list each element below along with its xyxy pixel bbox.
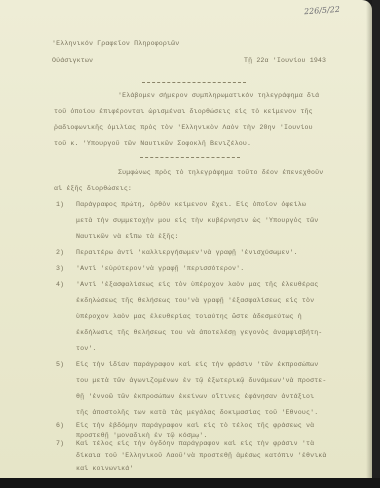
correction-line: δίκαια τοῦ 'Ελληνικοῦ Λαοῦ'νὰ προστεθῇ ἀ… <box>76 452 327 459</box>
header-city: Οὐάσιγκτων <box>52 57 93 64</box>
correction-line: καὶ κοινωνικά' <box>76 465 134 472</box>
intro-line: 'Ελάβομεν σήμερον συμπληρωματικόν τηλεγρ… <box>118 92 319 99</box>
item-number: 6) <box>56 422 64 429</box>
separator-rule <box>140 157 240 158</box>
correction-line: Εἰς τὴν ἰδίαν παράγραφον καὶ εἰς τὴν φρά… <box>76 361 318 368</box>
header-date: Τῇ 22α 'Ιουνίου 1943 <box>244 57 326 64</box>
lead-line: αἱ ἑξῆς διορθώσεις: <box>54 185 132 192</box>
correction-line: Παράγραφος πρώτη, ὀρθὸν κείμενον ἔχει. Ε… <box>76 201 306 208</box>
scanner-border-bottom <box>0 478 380 488</box>
item-number: 4) <box>56 281 64 288</box>
item-number: 7) <box>56 440 64 447</box>
correction-line: του μετὰ τῶν ἀγωνιζομένων ἐν τῷ ἐξωτερικ… <box>76 377 327 384</box>
correction-line: 'Αντὶ 'εὐρύτερον'νὰ γραφῇ 'περισσότερον'… <box>76 265 244 272</box>
separator-rule <box>142 82 246 83</box>
correction-line: 'Αντὶ 'ἐξασφαλίσεως εἰς τὸν ὑπέροχον λαὸ… <box>76 281 318 288</box>
correction-line: τον'. <box>76 345 97 352</box>
item-number: 3) <box>56 265 64 272</box>
document-page: 226/5/22 'Ελληνικόν Γραφεῖον Πληροφοριῶν… <box>0 0 372 478</box>
correction-line: τῆς ἀποστολῆς των κατὰ τὰς μεγάλας δοκιμ… <box>76 409 318 416</box>
correction-line: ἐκδήλωσις τῆς θελήσεως του νὰ ἀποτελέσῃ … <box>76 329 322 336</box>
archive-note: 226/5/22 <box>304 5 340 16</box>
scanner-border-right <box>372 0 380 488</box>
correction-line: Εἰς τὴν ἑβδόμην παράγραφον καὶ εἰς τὸ τέ… <box>76 422 314 429</box>
intro-line: τοῦ ὁποίου ἐπιφέρονται ὡρισμέναι διορθώσ… <box>54 108 313 115</box>
intro-line: ῥαδιοφωνικῆς ὁμιλίας πρὸς τὸν 'Ελληνικὸν… <box>54 124 313 131</box>
correction-line: ἐκδηλώσεως τῆς θελήσεως του'νὰ γραφῇ 'ἐξ… <box>76 297 314 304</box>
correction-line: Περαιτέρω ἀντὶ 'καλλιεργήσωμεν'νὰ γραφῇ … <box>76 249 298 256</box>
item-number: 1) <box>56 201 64 208</box>
correction-line: Καὶ τέλος εἰς τὴν ὀγδόην παράγραφον καὶ … <box>76 440 314 447</box>
correction-line: θῇ 'ἐννοῶ τῶν ἐκπροσώπων ἐκείνων οἵτινες… <box>76 393 314 400</box>
correction-line: προστεθῇ 'μοναδικὴ ἐν τῷ κόσμῳ'. <box>76 432 207 439</box>
correction-line: μετὰ τὴν συμμετοχὴν μου εἰς τὴν κυβέρνησ… <box>76 217 318 224</box>
item-number: 2) <box>56 249 64 256</box>
lead-line: Συμφώνως πρὸς τὸ τηλεγράφημα τοῦτο δέον … <box>118 169 323 176</box>
header-office: 'Ελληνικόν Γραφεῖον Πληροφοριῶν <box>52 40 179 47</box>
correction-line: ὑπέροχον λαὸν μας ἐλευθερίας τοιαύτης ὥσ… <box>76 313 302 320</box>
correction-line: Ναυτικῶν νὰ εἴπω τὰ ἑξῆς: <box>76 233 179 240</box>
item-number: 5) <box>56 361 64 368</box>
intro-line: τοῦ κ. 'Υπουργοῦ τῶν Ναυτικῶν Σοφοκλῆ Βε… <box>54 140 251 147</box>
